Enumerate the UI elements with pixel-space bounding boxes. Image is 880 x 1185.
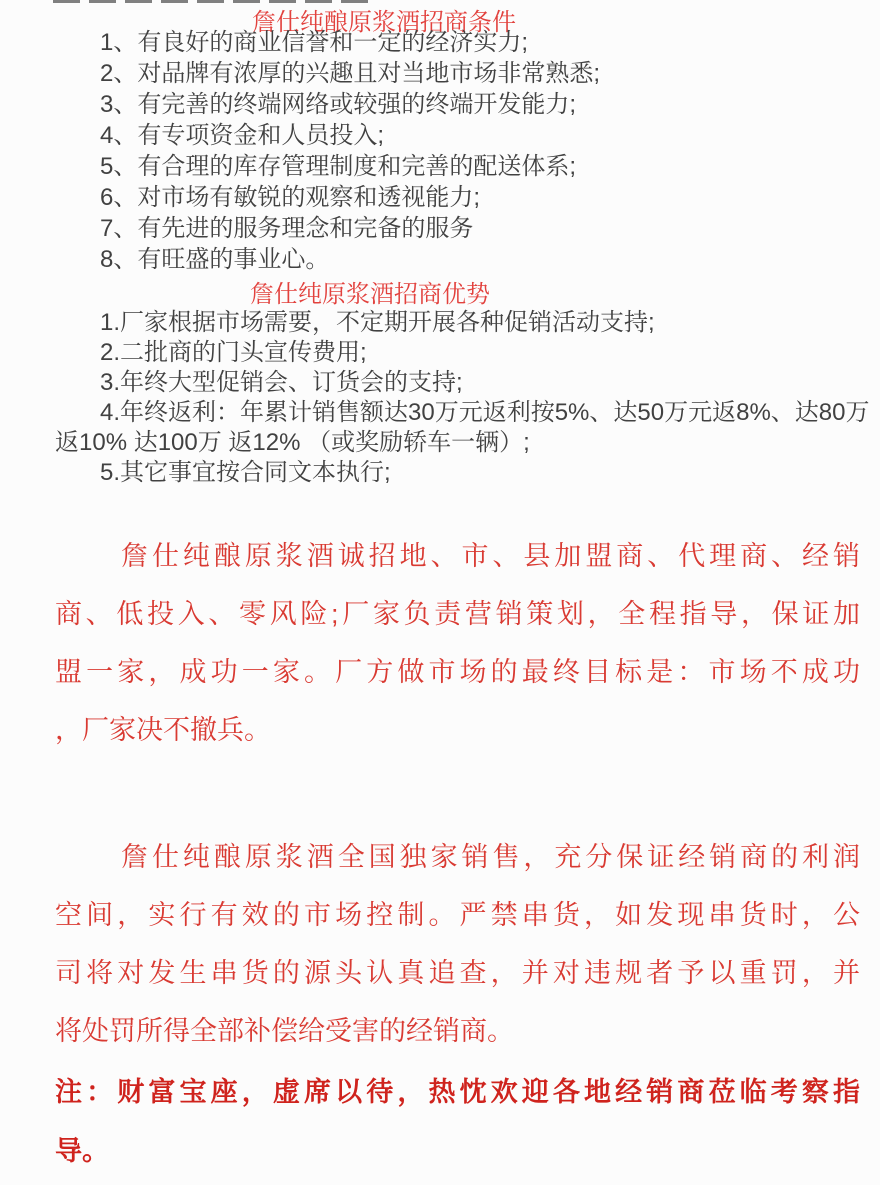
exclusive-paragraph-line: 将处罚所得全部补偿给受害的经销商。: [55, 1002, 860, 1060]
advantage-line: 5.其它事宜按合同文本执行;: [55, 458, 860, 488]
condition-item: 3、有完善的终端网络或较强的终端开发能力;: [55, 89, 860, 120]
exclusive-paragraph-line: 詹仕纯酿原浆酒全国独家销售，充分保证经销商的利润: [55, 828, 860, 886]
advantage-line: 3.年终大型促销会、订货会的支持;: [55, 368, 860, 398]
advantage-line: 2.二批商的门头宣传费用;: [55, 338, 860, 368]
conditions-list: 1、有良好的商业信誉和一定的经济实力; 2、对品牌有浓厚的兴趣且对当地市场非常熟…: [55, 27, 860, 275]
note-paragraph-line: 注：财富宝座，虚席以待，热忱欢迎各地经销商莅临考察指: [55, 1063, 860, 1122]
cropped-text-artifact: [53, 0, 375, 3]
recruit-paragraph-line: ，厂家决不撤兵。: [55, 701, 860, 759]
advantages-list: 1.厂家根据市场需要，不定期开展各种促销活动支持; 2.二批商的门头宣传费用; …: [55, 308, 860, 488]
condition-item: 6、对市场有敏锐的观察和透视能力;: [55, 182, 860, 213]
advantage-line: 1.厂家根据市场需要，不定期开展各种促销活动支持;: [55, 308, 860, 338]
recruit-paragraph-line: 盟一家，成功一家。厂方做市场的最终目标是：市场不成功: [55, 643, 860, 701]
condition-item: 2、对品牌有浓厚的兴趣且对当地市场非常熟悉;: [55, 58, 860, 89]
advantage-line: 4.年终返利：年累计销售额达30万元返利按5%、达50万元返8%、达80万: [55, 398, 860, 428]
advantages-section-title: 詹仕纯原浆酒招商优势: [0, 281, 810, 309]
document-page: 詹仕纯酿原浆酒招商条件 1、有良好的商业信誉和一定的经济实力; 2、对品牌有浓厚…: [0, 0, 880, 1185]
condition-item: 1、有良好的商业信誉和一定的经济实力;: [55, 27, 860, 58]
advantage-line-wrap: 返10% 达100万 返12% （或奖励轿车一辆）;: [55, 428, 860, 458]
exclusive-paragraph-line: 空间，实行有效的市场控制。严禁串货，如发现串货时，公: [55, 886, 860, 944]
recruit-paragraph-line: 商、低投入、零风险;厂家负责营销策划，全程指导，保证加: [55, 585, 860, 643]
exclusive-paragraph-line: 司将对发生串货的源头认真追查，并对违规者予以重罚，并: [55, 944, 860, 1002]
condition-item: 8、有旺盛的事业心。: [55, 244, 860, 275]
note-paragraph-line: 导。: [55, 1122, 860, 1181]
condition-item: 4、有专项资金和人员投入;: [55, 120, 860, 151]
exclusive-paragraph: 詹仕纯酿原浆酒全国独家销售，充分保证经销商的利润 空间，实行有效的市场控制。严禁…: [55, 828, 860, 1060]
condition-item: 5、有合理的库存管理制度和完善的配送体系;: [55, 151, 860, 182]
note-paragraph: 注：财富宝座，虚席以待，热忱欢迎各地经销商莅临考察指 导。: [55, 1063, 860, 1181]
condition-item: 7、有先进的服务理念和完备的服务: [55, 213, 860, 244]
recruit-paragraph: 詹仕纯酿原浆酒诚招地、市、县加盟商、代理商、经销 商、低投入、零风险;厂家负责营…: [55, 527, 860, 759]
recruit-paragraph-line: 詹仕纯酿原浆酒诚招地、市、县加盟商、代理商、经销: [55, 527, 860, 585]
